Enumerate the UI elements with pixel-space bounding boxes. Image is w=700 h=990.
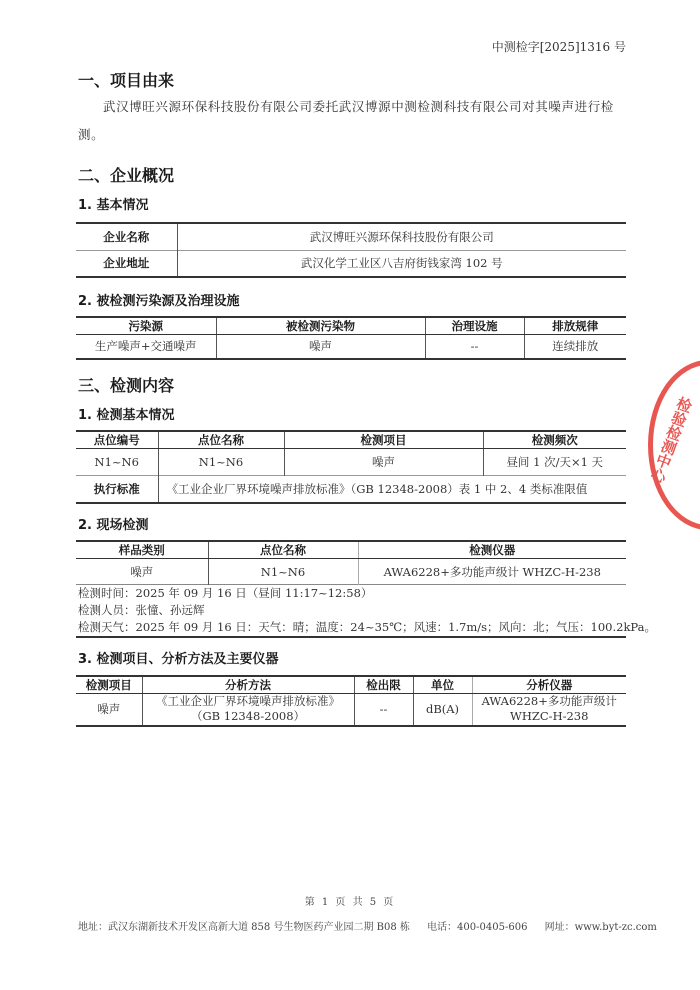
footer-website: 网址：www.byt-zc.com xyxy=(545,922,657,933)
test-basic-table: 点位编号 点位名称 检测项目 检测频次 N1~N6 N1~N6 噪声 昼间 1 … xyxy=(76,430,626,504)
table-row: 执行标准 《工业企业厂界环境噪声排放标准》（GB 12348-2008）表 1 … xyxy=(76,476,626,503)
cell-test-item: 噪声 xyxy=(284,449,483,476)
standard-value: 《工业企业厂界环境噪声排放标准》（GB 12348-2008）表 1 中 2、4… xyxy=(158,476,626,503)
cell-point-id: N1~N6 xyxy=(76,449,158,476)
header-pollutant: 被检测污染物 xyxy=(216,317,425,335)
table-row: 企业地址 武汉化学工业区八吉府街钱家湾 102 号 xyxy=(76,250,626,277)
standard-label: 执行标准 xyxy=(76,476,158,503)
test-weather: 检测天气：2025 年 09 月 16 日：天气：晴；温度：24~35℃；风速：… xyxy=(78,619,656,636)
cell-instrument: AWA6228+多功能声级计 WHZC-H-238 xyxy=(472,694,626,726)
basic-info-table: 企业名称 武汉博旺兴源环保科技股份有限公司 企业地址 武汉化学工业区八吉府街钱家… xyxy=(76,222,626,278)
test-personnel: 检测人员：张憧、孙远辉 xyxy=(78,602,656,619)
field-test-table: 样品类别 点位名称 检测仪器 噪声 N1~N6 AWA6228+多功能声级计 W… xyxy=(76,540,626,585)
method-title: 3. 检测项目、分析方法及主要仪器 xyxy=(78,648,279,667)
table-row: 企业名称 武汉博旺兴源环保科技股份有限公司 xyxy=(76,223,626,250)
header-detection-limit: 检出限 xyxy=(354,676,413,694)
table-header-row: 点位编号 点位名称 检测项目 检测频次 xyxy=(76,431,626,449)
cell-pollutant: 噪声 xyxy=(216,335,425,359)
section-1-title: 一、项目由来 xyxy=(78,68,174,91)
field-test-title: 2. 现场检测 xyxy=(78,514,149,533)
section-3-title: 三、检测内容 xyxy=(78,373,174,396)
table-row: 生产噪声+交通噪声 噪声 -- 连续排放 xyxy=(76,335,626,359)
header-test-item: 检测项目 xyxy=(76,676,142,694)
header-instrument: 检测仪器 xyxy=(358,541,626,559)
company-name-label: 企业名称 xyxy=(76,223,177,250)
notes-divider xyxy=(76,636,626,638)
page-indicator: 第 1 页 共 5 页 xyxy=(0,893,700,908)
header-treatment: 治理设施 xyxy=(425,317,524,335)
test-basic-title: 1. 检测基本情况 xyxy=(78,404,175,423)
cell-frequency: 昼间 1 次/天×1 天 xyxy=(483,449,626,476)
company-name-value: 武汉博旺兴源环保科技股份有限公司 xyxy=(177,223,626,250)
header-point-id: 点位编号 xyxy=(76,431,158,449)
table-row: 噪声 N1~N6 AWA6228+多功能声级计 WHZC-H-238 xyxy=(76,559,626,585)
pollution-source-title: 2. 被检测污染源及治理设施 xyxy=(78,290,240,309)
company-address-value: 武汉化学工业区八吉府街钱家湾 102 号 xyxy=(177,250,626,277)
cell-discharge-pattern: 连续排放 xyxy=(524,335,626,359)
method-line-1: 《工业企业厂界环境噪声排放标准》 xyxy=(143,694,354,709)
method-table: 检测项目 分析方法 检出限 单位 分析仪器 噪声 《工业企业厂界环境噪声排放标准… xyxy=(76,675,626,727)
table-header-row: 污染源 被检测污染物 治理设施 排放规律 xyxy=(76,317,626,335)
pollution-source-table: 污染源 被检测污染物 治理设施 排放规律 生产噪声+交通噪声 噪声 -- 连续排… xyxy=(76,316,626,360)
header-point-name: 点位名称 xyxy=(208,541,358,559)
section-1-paragraph: 武汉博旺兴源环保科技股份有限公司委托武汉博源中测检测科技有限公司对其噪声进行检测… xyxy=(78,93,626,149)
cell-point-name: N1~N6 xyxy=(208,559,358,585)
table-header-row: 检测项目 分析方法 检出限 单位 分析仪器 xyxy=(76,676,626,694)
cell-pollution-source: 生产噪声+交通噪声 xyxy=(76,335,216,359)
header-point-name: 点位名称 xyxy=(158,431,284,449)
table-row: N1~N6 N1~N6 噪声 昼间 1 次/天×1 天 xyxy=(76,449,626,476)
cell-detection-limit: -- xyxy=(354,694,413,726)
header-sample-type: 样品类别 xyxy=(76,541,208,559)
header-discharge-pattern: 排放规律 xyxy=(524,317,626,335)
basic-info-title: 1. 基本情况 xyxy=(78,194,149,213)
table-header-row: 样品类别 点位名称 检测仪器 xyxy=(76,541,626,559)
instrument-line-2: WHZC-H-238 xyxy=(473,709,627,724)
header-method: 分析方法 xyxy=(142,676,354,694)
test-time: 检测时间：2025 年 09 月 16 日（昼间 11:17~12:58） xyxy=(78,585,656,602)
field-test-notes: 检测时间：2025 年 09 月 16 日（昼间 11:17~12:58） 检测… xyxy=(78,585,656,636)
cell-unit: dB(A) xyxy=(413,694,472,726)
document-number: 中测检字[2025]1316 号 xyxy=(492,38,626,55)
table-row: 噪声 《工业企业厂界环境噪声排放标准》 （GB 12348-2008） -- d… xyxy=(76,694,626,726)
cell-point-name: N1~N6 xyxy=(158,449,284,476)
header-test-item: 检测项目 xyxy=(284,431,483,449)
method-line-2: （GB 12348-2008） xyxy=(143,709,354,724)
cell-test-item: 噪声 xyxy=(76,694,142,726)
header-frequency: 检测频次 xyxy=(483,431,626,449)
header-unit: 单位 xyxy=(413,676,472,694)
seal-text: 检验检测中心 xyxy=(646,394,697,486)
instrument-line-1: AWA6228+多功能声级计 xyxy=(473,694,627,709)
cell-sample-type: 噪声 xyxy=(76,559,208,585)
cell-treatment: -- xyxy=(425,335,524,359)
footer-contact: 地址：武汉东湖新技术开发区高新大道 858 号生物医药产业园二期 B08 栋 电… xyxy=(78,918,626,933)
company-address-label: 企业地址 xyxy=(76,250,177,277)
header-instrument: 分析仪器 xyxy=(472,676,626,694)
footer-address: 地址：武汉东湖新技术开发区高新大道 858 号生物医药产业园二期 B08 栋 xyxy=(78,922,410,933)
section-2-title: 二、企业概况 xyxy=(78,163,174,186)
header-pollution-source: 污染源 xyxy=(76,317,216,335)
footer-phone: 电话：400-0405-606 xyxy=(427,922,527,933)
cell-instrument: AWA6228+多功能声级计 WHZC-H-238 xyxy=(358,559,626,585)
cell-method: 《工业企业厂界环境噪声排放标准》 （GB 12348-2008） xyxy=(142,694,354,726)
official-seal-icon: 检验检测中心 xyxy=(648,360,700,530)
